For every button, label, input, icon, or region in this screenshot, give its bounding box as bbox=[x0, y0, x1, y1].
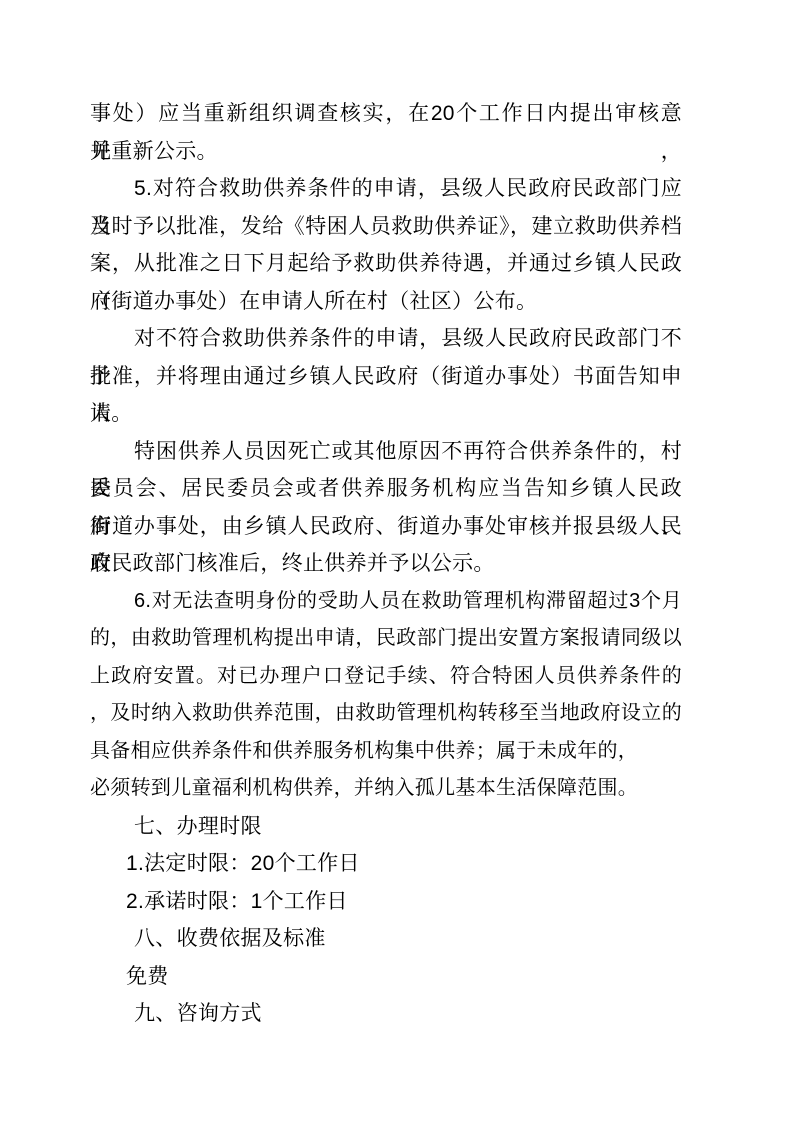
text-line: 特困供养人员因死亡或其他原因不再符合供养条件的，村民 bbox=[90, 433, 682, 471]
text-line: 必须转到儿童福利机构供养，并纳入孤儿基本生活保障范围。 bbox=[90, 770, 682, 808]
text-line: 对不符合救助供养条件的申请，县级人民政府民政部门不予 bbox=[90, 320, 682, 358]
text-line: 府民政部门核准后，终止供养并予以公示。 bbox=[90, 545, 682, 583]
section-heading-consultation: 九、咨询方式 bbox=[90, 995, 682, 1033]
text-line: ，及时纳入救助供养范围，由救助管理机构转移至当地政府设立的 bbox=[90, 695, 682, 733]
section-heading-fee-standard: 八、收费依据及标准 bbox=[90, 920, 682, 958]
text-line: 街道办事处，由乡镇人民政府、街道办事处审核并报县级人民政 bbox=[90, 508, 682, 546]
document-page: 事处）应当重新组织调查核实，在20个工作日内提出审核意见， 并重新公示。 5.对… bbox=[0, 0, 793, 1122]
text-line-promised-limit: 2.承诺时限：1个工作日 bbox=[90, 883, 682, 921]
text-line: 具备相应供养条件和供养服务机构集中供养；属于未成年的， bbox=[90, 733, 682, 771]
text-line: 6.对无法查明身份的受助人员在救助管理机构滞留超过3个月 bbox=[90, 583, 682, 621]
section-heading-time-limit: 七、办理时限 bbox=[90, 808, 682, 846]
text-line: （街道办事处）在申请人所在村（社区）公布。 bbox=[90, 283, 682, 321]
text-line: 5.对符合救助供养条件的申请，县级人民政府民政部门应当 bbox=[90, 170, 682, 208]
text-line: 事处）应当重新组织调查核实，在20个工作日内提出审核意见， bbox=[90, 95, 682, 133]
text-line: 批准，并将理由通过乡镇人民政府（街道办事处）书面告知申请 bbox=[90, 358, 682, 396]
text-line: 的，由救助管理机构提出申请，民政部门提出安置方案报请同级以 bbox=[90, 620, 682, 658]
text-line: 及时予以批准，发给《特困人员救助供养证》，建立救助供养档 bbox=[90, 208, 682, 246]
text-line-free: 免费 bbox=[90, 958, 682, 996]
text-line-statutory-limit: 1.法定时限：20个工作日 bbox=[90, 845, 682, 883]
text-line: 案，从批准之日下月起给予救助供养待遇，并通过乡镇人民政府 bbox=[90, 245, 682, 283]
text-line: 委员会、居民委员会或者供养服务机构应当告知乡镇人民政府、 bbox=[90, 470, 682, 508]
document-body: 事处）应当重新组织调查核实，在20个工作日内提出审核意见， 并重新公示。 5.对… bbox=[90, 95, 682, 1033]
text-line: 人。 bbox=[90, 395, 682, 433]
text-line: 上政府安置。对已办理户口登记手续、符合特困人员供养条件的 bbox=[90, 658, 682, 696]
